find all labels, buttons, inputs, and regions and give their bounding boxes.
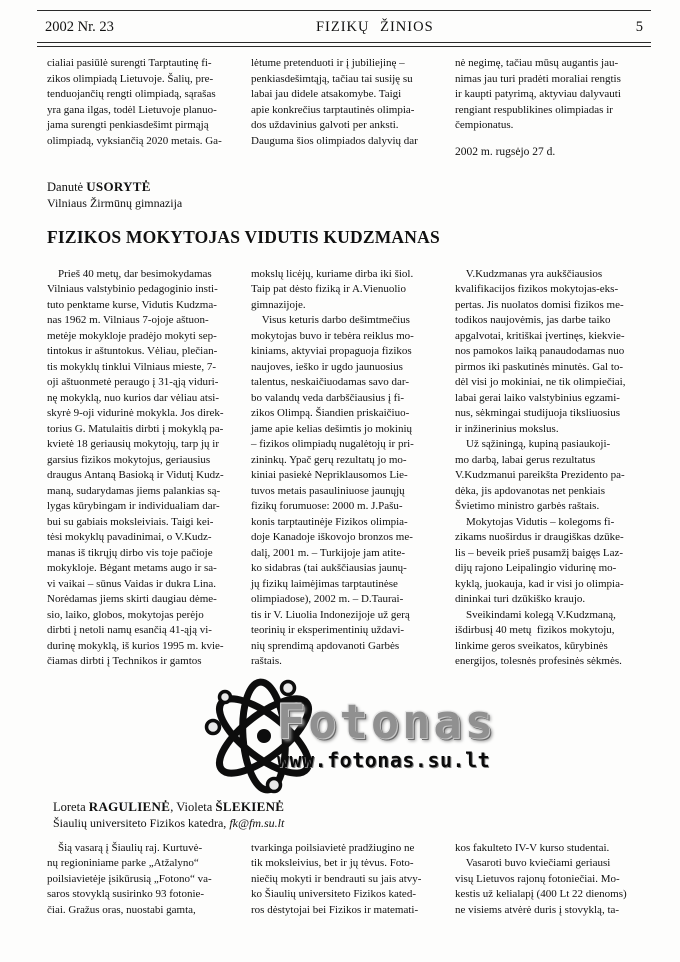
article-date: 2002 m. rugsėjo 27 d. xyxy=(455,146,652,158)
author2b-surname: ŠLEKIENĖ xyxy=(215,799,284,814)
article1-column-3: V.Kudzmanas yra aukščiausioskvalifikacij… xyxy=(455,267,652,670)
article1-author: Danutė USORYTĖ xyxy=(47,179,652,195)
article2-column-3: kos fakulteto IV-V kurso studentai. Vasa… xyxy=(455,841,652,919)
article1-byline: Danutė USORYTĖ Vilniaus Žirmūnų gimnazij… xyxy=(47,179,652,211)
fotonas-wordmark: Fotonas xyxy=(277,701,496,745)
intro-column-1: cialiai pasiūlė surengti Tarptautinę fi-… xyxy=(47,56,244,158)
page-header: 2002 Nr. 23 FIZIKŲ ŽINIOS 5 xyxy=(37,11,651,42)
header-double-rule xyxy=(37,42,651,47)
author2a-surname: RAGULIENĖ xyxy=(89,799,170,814)
article1-column-2: mokslų licėjų, kuriame dirba iki šiol.Ta… xyxy=(251,267,448,670)
intro-column-2: lėtume pretenduoti ir į jubiliejinę –pen… xyxy=(251,56,448,158)
article2-affiliation: Šiaulių universiteto Fizikos katedra, fk… xyxy=(53,815,652,832)
affiliation-text: Šiaulių universiteto Fizikos katedra, xyxy=(53,816,229,830)
contact-email: fk@fm.su.lt xyxy=(229,816,284,830)
logo-texts: Fotonas www.fotonas.su.lt xyxy=(277,701,496,771)
fotonas-logo: Fotonas www.fotonas.su.lt xyxy=(47,677,652,795)
page-number: 5 xyxy=(636,19,643,36)
author2a-firstname: Loreta xyxy=(53,800,89,814)
author1-firstname: Danutė xyxy=(47,180,86,194)
intro-column-3: nė negimę, tačiau mūsų augantis jau-nima… xyxy=(455,56,652,158)
article2-column-1: Šią vasarą į Šiaulių raj. Kurtuvė-nų reg… xyxy=(47,841,244,919)
journal-title: FIZIKŲ ŽINIOS xyxy=(316,19,434,36)
fotonas-url: www.fotonas.su.lt xyxy=(277,749,496,771)
article2-authors: Loreta RAGULIENĖ, Violeta ŠLEKIENĖ xyxy=(53,799,652,816)
intro-columns: cialiai pasiūlė surengti Tarptautinę fi-… xyxy=(47,56,652,158)
article1-title: FIZIKOS MOKYTOJAS VIDUTIS KUDZMANAS xyxy=(47,227,652,248)
article2-byline: Loreta RAGULIENĖ, Violeta ŠLEKIENĖ Šiaul… xyxy=(47,799,652,832)
author1-surname: USORYTĖ xyxy=(86,179,151,194)
issue-label: 2002 Nr. 23 xyxy=(45,19,114,36)
article1-affiliation: Vilniaus Žirmūnų gimnazija xyxy=(47,195,652,211)
article2-column-2: tvarkinga poilsiavietė pradžiugino netik… xyxy=(251,841,448,919)
author2b-firstname: Violeta xyxy=(176,800,215,814)
article1-columns: Prieš 40 metų, dar besimokydamasVilniaus… xyxy=(47,267,652,670)
article2-columns: Šią vasarą į Šiaulių raj. Kurtuvė-nų reg… xyxy=(47,841,652,919)
journal-page: 2002 Nr. 23 FIZIKŲ ŽINIOS 5 cialiai pasi… xyxy=(0,0,680,918)
article1-column-1: Prieš 40 metų, dar besimokydamasVilniaus… xyxy=(47,267,244,670)
intro-column-3-text: nė negimę, tačiau mūsų augantis jau-nima… xyxy=(455,56,652,134)
